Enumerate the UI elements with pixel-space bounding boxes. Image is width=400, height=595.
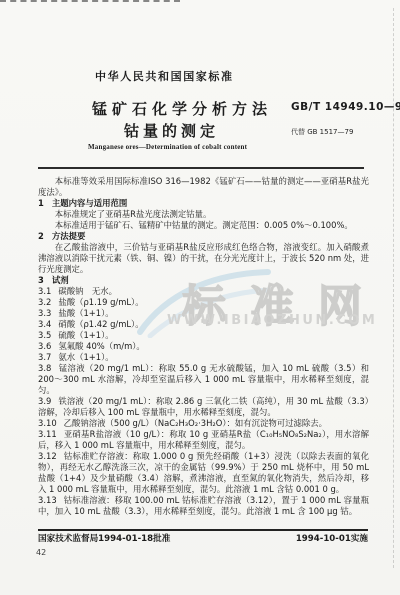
reagent-item-number: 3.4 — [38, 319, 51, 329]
section1-number: 1 — [38, 198, 44, 208]
title-line1: 锰矿石化学分析方法 — [92, 98, 272, 119]
reagent-item-text: 氢氟酸 40%（m/m）。 — [58, 341, 144, 351]
scan-artifact-top — [0, 0, 180, 2]
reagent-item-text: 硫酸（1+1）。 — [58, 330, 113, 340]
document-body: 本标准等效采用国际标准ISO 316—1982《锰矿石——钴量的测定——亚硝基R… — [38, 176, 369, 517]
reagent-item: 3.9铁溶液（20 mg/1 mL）：称取 2.86 g 三氧化二铁（高纯），用… — [38, 396, 369, 418]
document-page: 标准网 WWW.IBIAOZHUN.COM 中华人民共和国国家标准 锰矿石化学分… — [0, 0, 400, 595]
reagent-item-text: 氨水（1+1）。 — [58, 352, 113, 362]
reagent-item-number: 3.5 — [38, 330, 51, 340]
reagent-item: 3.2盐酸（ρ1.19 g/mL）。 — [38, 297, 369, 308]
reagent-item: 3.3盐酸（1+1）。 — [38, 308, 369, 319]
reagent-item-text: 亚硝基R盐溶液（10 g/L）：称取 10 g 亚硝基R盐（C₁₀H₅NO₈S₂… — [38, 429, 369, 450]
reagent-item-number: 3.9 — [38, 396, 51, 406]
reagent-item-number: 3.1 — [38, 286, 51, 296]
reagent-item-number: 3.6 — [38, 341, 51, 351]
reagent-item-text: 锰溶液（20 mg/1 mL）：称取 55.0 g 无水硫酸锰，加入 10 mL… — [38, 363, 369, 395]
standard-code: GB/T 14949.10—94 — [291, 101, 400, 113]
reagent-item: 3.8锰溶液（20 mg/1 mL）：称取 55.0 g 无水硫酸锰，加入 10… — [38, 363, 369, 396]
reagent-item-number: 3.8 — [38, 363, 51, 373]
footer-rule — [38, 529, 368, 531]
intro-paragraph: 本标准等效采用国际标准ISO 316—1982《锰矿石——钴量的测定——亚硝基R… — [38, 176, 369, 198]
section1-heading-text: 主题内容与适用范围 — [52, 198, 127, 208]
section3-number: 3 — [38, 275, 44, 285]
section2-number: 2 — [38, 231, 44, 241]
reagent-item: 3.1碳酸钠 无水。 — [38, 286, 369, 297]
reagent-item-text: 盐酸（1+1）。 — [58, 308, 113, 318]
implementation-note: 1994-10-01实施 — [296, 532, 368, 544]
reagent-item-number: 3.3 — [38, 308, 51, 318]
reagent-item: 3.11亚硝基R盐溶液（10 g/L）：称取 10 g 亚硝基R盐（C₁₀H₅N… — [38, 429, 369, 451]
reagent-item-text: 铁溶液（20 mg/1 mL）：称取 2.86 g 三氧化二铁（高纯），用 30… — [38, 396, 369, 417]
section2-paragraph: 在乙酸盐溶液中，三价钴与亚硝基R盐反应形成红色络合物，溶液变红。加入硝酸煮沸溶液… — [38, 242, 369, 275]
header-rule — [38, 167, 364, 169]
reagent-item: 3.7氨水（1+1）。 — [38, 352, 369, 363]
page-number: 42 — [36, 548, 46, 557]
national-standard-label: 中华人民共和国国家标准 — [95, 68, 234, 84]
reagent-item: 3.12钴标准贮存溶液：称取 1.000 0 g 预先经硝酸（1+3）浸洗（以除… — [38, 451, 369, 495]
reagent-item: 3.4硝酸（ρ1.42 g/mL）。 — [38, 319, 369, 330]
reagent-item-text: 钴标准溶液：移取 100.00 mL 钴标准贮存溶液（3.12），置于 1 00… — [38, 495, 369, 516]
reagent-item-text: 硝酸（ρ1.42 g/mL）。 — [58, 319, 143, 329]
reagent-item-number: 3.10 — [38, 418, 57, 428]
section1-paragraph: 本标准适用于锰矿石、锰精矿中钴量的测定。测定范围：0.005 0%～0.100%… — [38, 220, 369, 231]
reagent-item-text: 盐酸（ρ1.19 g/mL）。 — [58, 297, 143, 307]
section1-paragraph: 本标准规定了亚硝基R盐光度法测定钴量。 — [38, 209, 369, 220]
section2-heading-text: 方法提要 — [52, 231, 86, 241]
scan-artifact-right — [393, 8, 394, 568]
approval-note: 国家技术监督局1994-01-18批准 — [38, 532, 170, 544]
title-line2: 钴量的测定 — [124, 120, 219, 141]
reagent-item: 3.5硫酸（1+1）。 — [38, 330, 369, 341]
section3-heading: 3试剂 — [38, 275, 369, 286]
english-title: Manganese ores—Determination of cobalt c… — [88, 143, 247, 151]
reagent-item: 3.13钴标准溶液：移取 100.00 mL 钴标准贮存溶液（3.12），置于 … — [38, 495, 369, 517]
reagent-item-number: 3.13 — [38, 495, 57, 505]
reagent-item-text: 乙酸钠溶液（500 g/L）（NaC₂H₃O₂·3H₂O）：如有沉淀物可过滤除去… — [64, 418, 327, 428]
section1-heading: 1主题内容与适用范围 — [38, 198, 369, 209]
supersedes-note: 代替 GB 1517—79 — [291, 127, 353, 137]
reagent-item-text: 钴标准贮存溶液：称取 1.000 0 g 预先经硝酸（1+3）浸洗（以除去表面的… — [38, 451, 369, 494]
section3-heading-text: 试剂 — [52, 275, 69, 285]
reagent-item-number: 3.11 — [38, 429, 57, 439]
reagent-item-number: 3.7 — [38, 352, 51, 362]
reagent-item-text: 碳酸钠 无水。 — [58, 286, 117, 296]
reagent-item-number: 3.2 — [38, 297, 51, 307]
reagent-item-number: 3.12 — [38, 451, 57, 461]
reagent-item: 3.10乙酸钠溶液（500 g/L）（NaC₂H₃O₂·3H₂O）：如有沉淀物可… — [38, 418, 369, 429]
section2-heading: 2方法提要 — [38, 231, 369, 242]
reagent-item: 3.6氢氟酸 40%（m/m）。 — [38, 341, 369, 352]
